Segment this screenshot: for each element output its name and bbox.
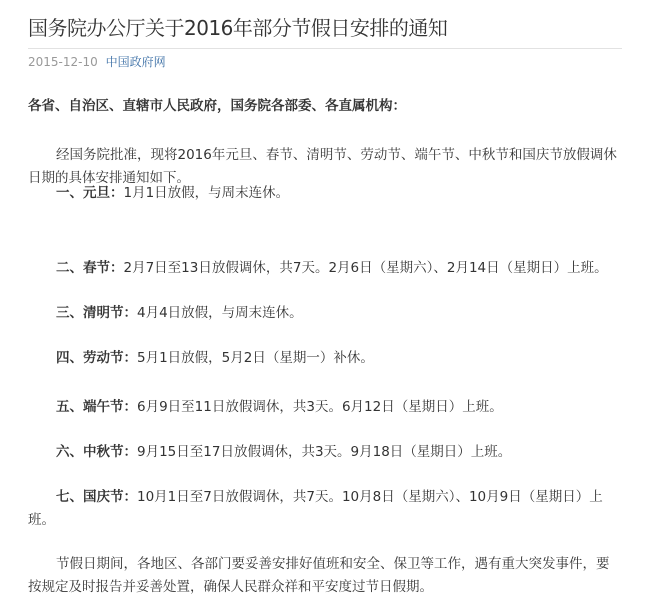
item-text: 9月15日至17日放假调休，共3天。9月18日（星期日）上班。 [137,444,511,460]
item-label: 一、元旦： [56,185,124,201]
item-label: 二、春节： [56,260,124,276]
item-label: 五、端午节： [56,399,137,415]
item-label: 七、国庆节： [56,489,137,505]
source-link[interactable]: 中国政府网 [106,55,166,69]
article-meta: 2015-12-10 中国政府网 [28,53,166,70]
item-label: 四、劳动节： [56,350,137,366]
title-divider [28,48,622,49]
holiday-item-new-year: 一、元旦：1月1日放假，与周末连休。 [28,182,622,205]
publish-date: 2015-12-10 [28,55,98,69]
salutation: 各省、自治区、直辖市人民政府，国务院各部委、各直属机构： [28,95,622,118]
item-text: 4月4日放假，与周末连休。 [137,305,303,321]
holiday-item-labor-day: 四、劳动节：5月1日放假，5月2日（星期一）补休。 [28,347,622,370]
item-label: 六、中秋节： [56,444,137,460]
item-label: 三、清明节： [56,305,137,321]
article-title: 国务院办公厅关于2016年部分节假日安排的通知 [28,12,447,41]
holiday-item-mid-autumn: 六、中秋节：9月15日至17日放假调休，共3天。9月18日（星期日）上班。 [28,441,622,464]
holiday-item-dragon-boat: 五、端午节：6月9日至11日放假调休，共3天。6月12日（星期日）上班。 [28,396,622,419]
closing-paragraph: 节假日期间，各地区、各部门要妥善安排好值班和安全、保卫等工作，遇有重大突发事件，… [28,553,622,599]
item-text: 6月9日至11日放假调休，共3天。6月12日（星期日）上班。 [137,399,503,415]
holiday-item-national-day: 七、国庆节：10月1日至7日放假调休，共7天。10月8日（星期六）、10月9日（… [28,486,622,532]
item-text: 5月1日放假，5月2日（星期一）补休。 [137,350,374,366]
holiday-item-qingming: 三、清明节：4月4日放假，与周末连休。 [28,302,622,325]
holiday-item-spring-festival: 二、春节：2月7日至13日放假调休，共7天。2月6日（星期六）、2月14日（星期… [28,257,622,280]
item-text: 1月1日放假，与周末连休。 [124,185,290,201]
item-text: 2月7日至13日放假调休，共7天。2月6日（星期六）、2月14日（星期日）上班。 [124,260,608,276]
